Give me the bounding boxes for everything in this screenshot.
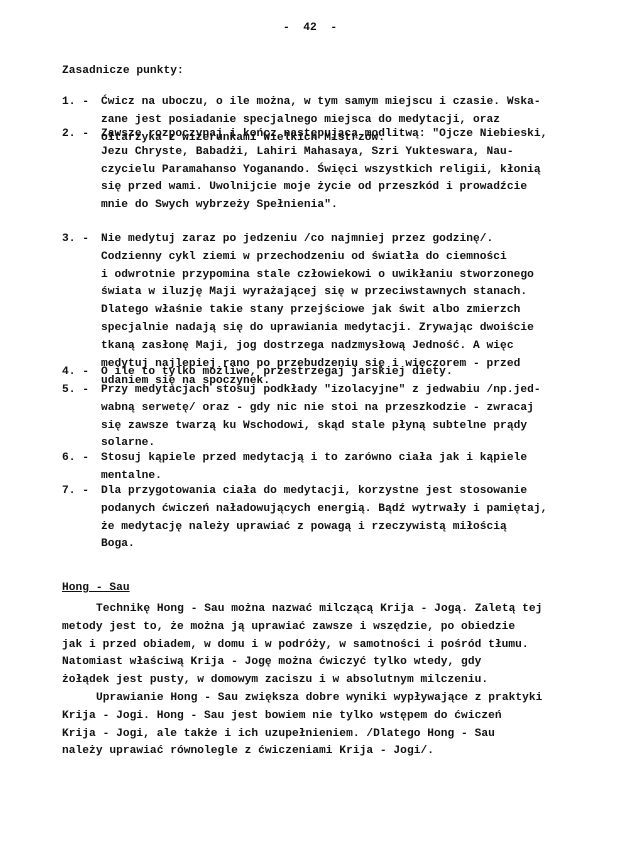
point-text-line: mentalne. <box>101 469 162 483</box>
point-text-line: wabną serwetę/ oraz - gdy nic nie stoi n… <box>101 401 534 415</box>
point-text-line: Zawsze rozpoczynaj i kończ następującą m… <box>101 127 547 141</box>
point-text-line: Ćwicz na uboczu, o ile można, w tym samy… <box>101 95 541 109</box>
point-text-line: świata w iluzję Maji wyrażającej się w p… <box>101 285 527 299</box>
point-number: 6. - <box>62 451 89 465</box>
point-text-line: czycielu Paramahanso Yoganando. Święci w… <box>101 163 541 177</box>
heading: Zasadnicze punkty: <box>62 64 184 78</box>
point-number: 4. - <box>62 365 89 379</box>
point-text-line: Codzienny cykl ziemi w przechodzeniu od … <box>101 250 507 264</box>
point-text-line: specjalnie nadają się do uprawiania medy… <box>101 321 534 335</box>
point-text-line: tkaną zasłonę Maji, jog dostrzega nadzmy… <box>101 339 514 353</box>
point-text-line: zane jest posiadanie specjalnego miejsca… <box>101 113 500 127</box>
point-text-line: podanych ćwiczeń naładowujących energią.… <box>101 502 547 516</box>
paragraph-line: Krija - Jogi, ale także i ich uzupełnien… <box>62 727 495 741</box>
point-text-line: O ile to tylko możliwe, przestrzegaj jar… <box>101 365 453 379</box>
point-text-line: solarne. <box>101 436 155 450</box>
point-number: 2. - <box>62 127 89 141</box>
paragraph-line: metody jest to, że można ją uprawiać zaw… <box>62 620 515 634</box>
point-text-line: Jezu Chryste, Babadżi, Lahiri Mahasaya, … <box>101 145 514 159</box>
point-text-line: Boga. <box>101 537 135 551</box>
point-number: 7. - <box>62 484 89 498</box>
point-text-line: Przy medytacjach stosuj podkłady "izolac… <box>101 383 541 397</box>
point-text-line: i odwrotnie przypomina stale człowiekowi… <box>101 268 534 282</box>
point-text-line: się zawsze twarzą ku Wschodowi, skąd sta… <box>101 419 527 433</box>
point-number: 1. - <box>62 95 89 109</box>
point-number: 3. - <box>62 232 89 246</box>
point-text-line: że medytację należy uprawiać z powagą i … <box>101 520 507 534</box>
paragraph-line: Technikę Hong - Sau można nazwać milcząc… <box>96 602 542 616</box>
paragraph-line: jak i przed obiadem, w domu i w podróży,… <box>62 638 529 652</box>
point-text-line: się przed wami. Uwolnijcie moje życie od… <box>101 180 527 194</box>
point-number: 5. - <box>62 383 89 397</box>
point-text-line: Nie medytuj zaraz po jedzeniu /co najmni… <box>101 232 493 246</box>
paragraph-line: Krija - Jogi. Hong - Sau jest bowiem nie… <box>62 709 502 723</box>
page-number: - 42 - <box>283 21 337 35</box>
paragraph-line: należy uprawiać równolegle z ćwiczeniami… <box>62 744 434 758</box>
point-text-line: Stosuj kąpiele przed medytacją i to zaró… <box>101 451 527 465</box>
paragraph-line: Uprawianie Hong - Sau zwiększa dobre wyn… <box>96 691 542 705</box>
point-text-line: Dlatego właśnie takie stany przejściowe … <box>101 303 520 317</box>
point-text-line: Dla przygotowania ciała do medytacji, ko… <box>101 484 527 498</box>
section-title: Hong - Sau <box>62 581 130 595</box>
paragraph-line: żołądek jest pusty, w domowym zaciszu i … <box>62 673 488 687</box>
point-text-line: mnie do Swych wybrzeży Spełnienia". <box>101 198 338 212</box>
paragraph-line: Natomiast właściwą Krija - Jogę można ćw… <box>62 655 481 669</box>
